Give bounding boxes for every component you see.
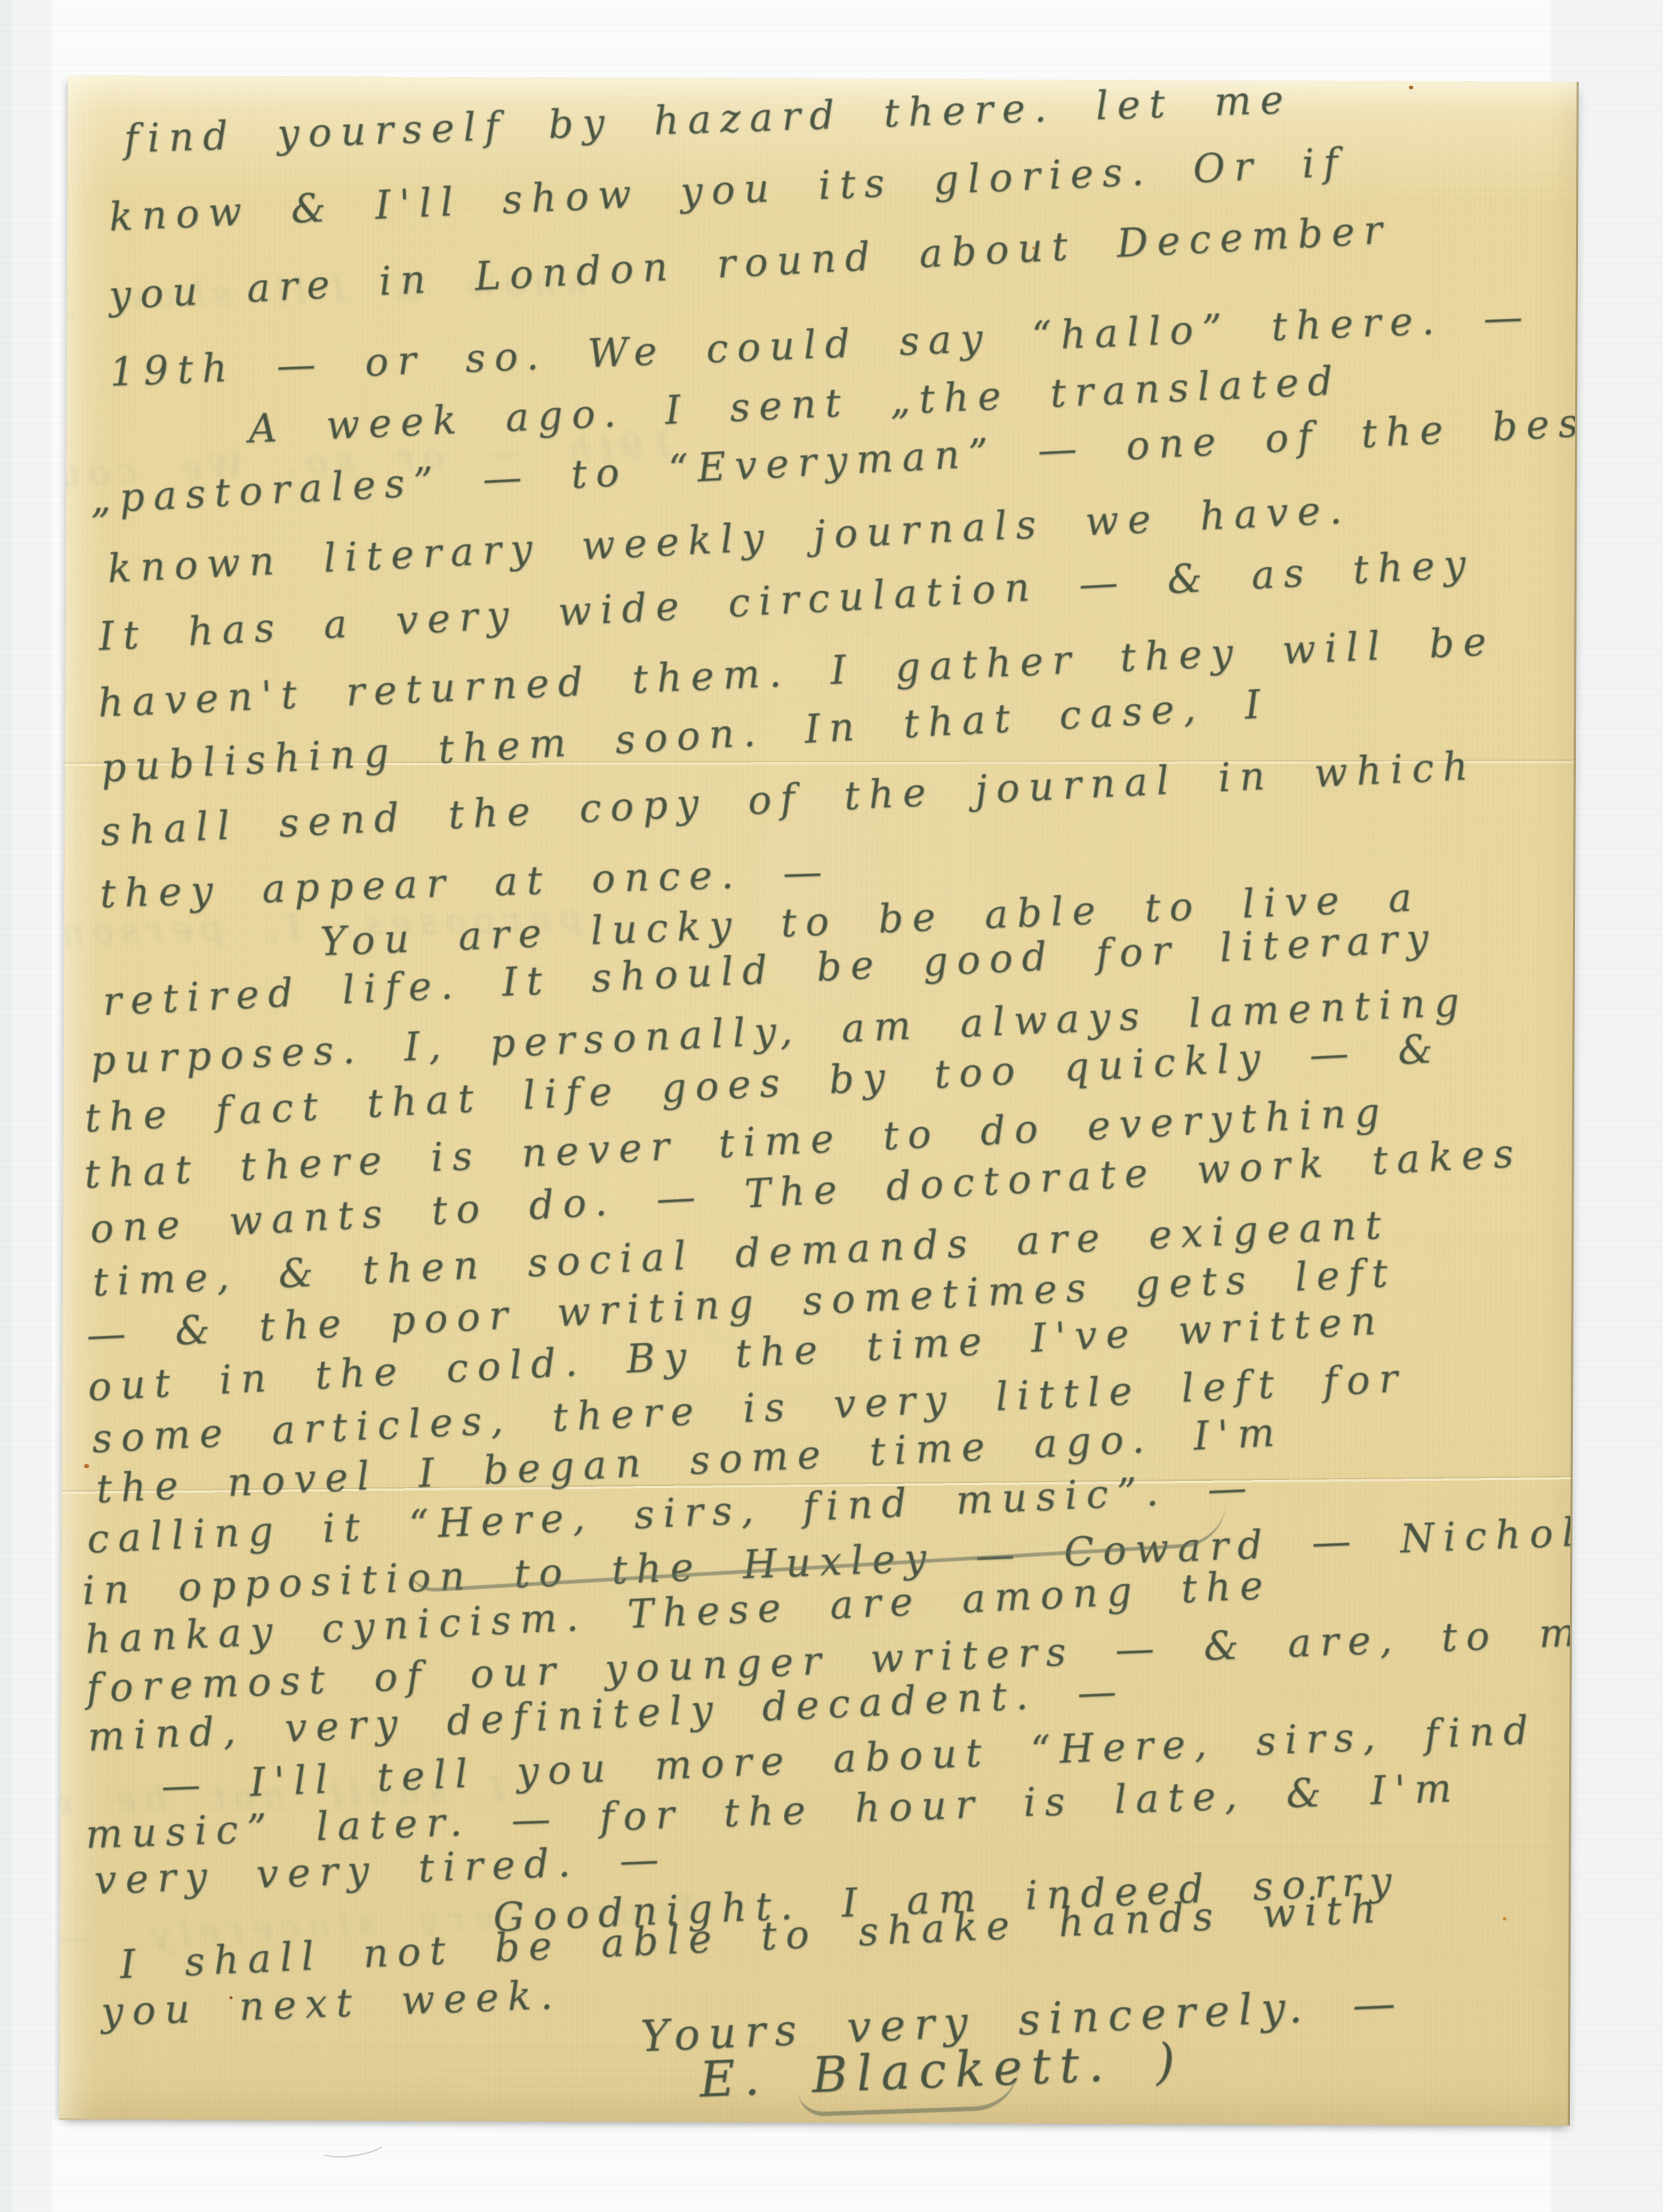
handwriting-lines: find yourself by hazard there. let mekno… [68, 75, 1577, 82]
scanner-dust-fiber [316, 2130, 388, 2162]
paper-speck [230, 1996, 233, 1999]
letter-page: know & I'll show you its glories. Or if1… [59, 75, 1579, 2126]
paper-speck [1409, 86, 1413, 89]
signature-underline [797, 2064, 1020, 2117]
paper-speck [1032, 247, 1036, 250]
handwriting-line: find yourself by hazard there. let me [123, 77, 1293, 162]
paper-speck [1503, 1917, 1506, 1920]
scan-canvas: know & I'll show you its glories. Or if1… [0, 0, 1663, 2212]
ink-bleed-through: know & I'll show you its glories. Or if1… [68, 75, 1577, 82]
paper-speck [84, 1464, 89, 1468]
